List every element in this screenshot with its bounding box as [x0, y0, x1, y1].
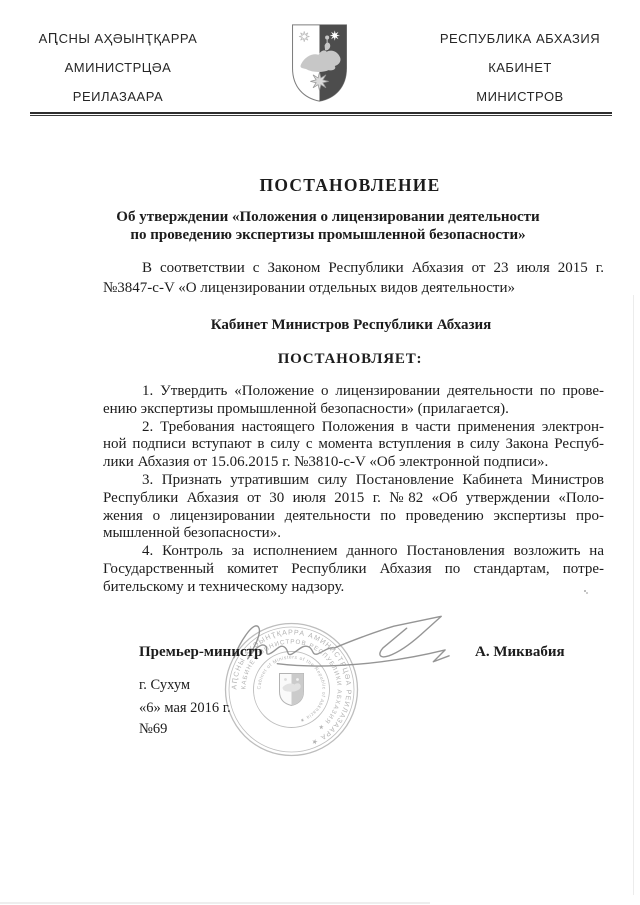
header-russian-text: РЕСПУБЛИКА АБХАЗИЯ КАБИНЕТ МИНИСТРОВ [421, 24, 619, 111]
intro-paragraph: В соответствии с Законом Республики Абха… [103, 259, 604, 298]
paragraph-line: бительскому и техническому надзору. [103, 579, 604, 597]
document-title: ПОСТАНОВЛЕНИЕ [260, 175, 441, 196]
document-subtitle: Об утверждении «Положения о лицензирован… [116, 208, 539, 244]
resolution-item-2: 2. Требования настоящего Положения в час… [103, 419, 604, 472]
seal-center-emblem [280, 674, 304, 706]
paragraph-line: В соответствии с Законом Республики Абха… [103, 259, 604, 279]
header-divider [30, 112, 612, 116]
header-abkhaz-line: АԤСНЫ АҲӘЫНҬҚАРРА [20, 24, 216, 53]
resolution-keyword: ПОСТАНОВЛЯЕТ: [278, 351, 423, 368]
paragraph-line: лики Абхазия от 15.06.2015 г. №3810-с-V … [103, 454, 604, 472]
paragraph-line: №3847-с-V «О лицензировании отдельных ви… [103, 279, 604, 299]
scan-artifact-right-edge [633, 295, 634, 895]
header-russian-line: РЕСПУБЛИКА АБХАЗИЯ [421, 24, 619, 53]
handwritten-signature [226, 612, 458, 674]
header-abkhaz-line: РЕИЛАЗААРА [20, 82, 216, 111]
resolution-item-1: 1. Утвердить «Положение о лицензировании… [103, 383, 604, 419]
subtitle-line: Об утверждении «Положения о лицензирован… [116, 208, 539, 226]
paragraph-line: 1. Утвердить «Положение о лицензировании… [103, 383, 604, 401]
paragraph-line: Государственный комитет Республики Абхаз… [103, 561, 604, 579]
signature-city: г. Сухум [139, 677, 190, 694]
resolution-item-4: 4. Контроль за исполнением данного Поста… [103, 543, 604, 596]
scan-artifact-bottom-edge [0, 902, 430, 904]
paragraph-line: 3. Признать утратившим силу Постановлени… [103, 472, 604, 490]
decree-document-page: АԤСНЫ АҲӘЫНҬҚАРРА АМИНИСТРЦӘА РЕИЛАЗААРА… [0, 0, 640, 905]
signature-date: «6» мая 2016 г. [139, 700, 231, 717]
paragraph-line: ной подписи вступают в силу с момента вс… [103, 436, 604, 454]
header-russian-line: КАБИНЕТ [421, 53, 619, 82]
header-abkhaz-line: АМИНИСТРЦӘА [20, 53, 216, 82]
resolution-items: 1. Утвердить «Положение о лицензировании… [103, 383, 604, 597]
paragraph-line: жения о лицензировании деятельности по п… [103, 508, 604, 526]
paragraph-line: 4. Контроль за исполнением данного Поста… [103, 543, 604, 561]
resolution-item-3: 3. Признать утратившим силу Постановлени… [103, 472, 604, 543]
issuer-line: Кабинет Министров Республики Абхазия [211, 317, 492, 334]
paragraph-line: ению экспертизы промышленной безопасност… [103, 401, 604, 419]
header-abkhaz-text: АԤСНЫ АҲӘЫНҬҚАРРА АМИНИСТРЦӘА РЕИЛАЗААРА [20, 24, 216, 111]
paragraph-line: 2. Требования настоящего Положения в час… [103, 419, 604, 437]
signature-post: Премьер-министр [139, 644, 263, 661]
coat-of-arms-icon [291, 23, 348, 103]
paragraph-line: Республики Абхазия от 30 июля 2015 г. №8… [103, 490, 604, 508]
subtitle-line: по проведению экспертизы промышленной бе… [116, 226, 539, 244]
signature-number: №69 [139, 721, 167, 738]
signature-name: А. Миквабия [475, 644, 565, 661]
paragraph-line: мышленной безопасности». [103, 525, 604, 543]
header-russian-line: МИНИСТРОВ [421, 82, 619, 111]
scan-artifact-speck [584, 590, 586, 592]
